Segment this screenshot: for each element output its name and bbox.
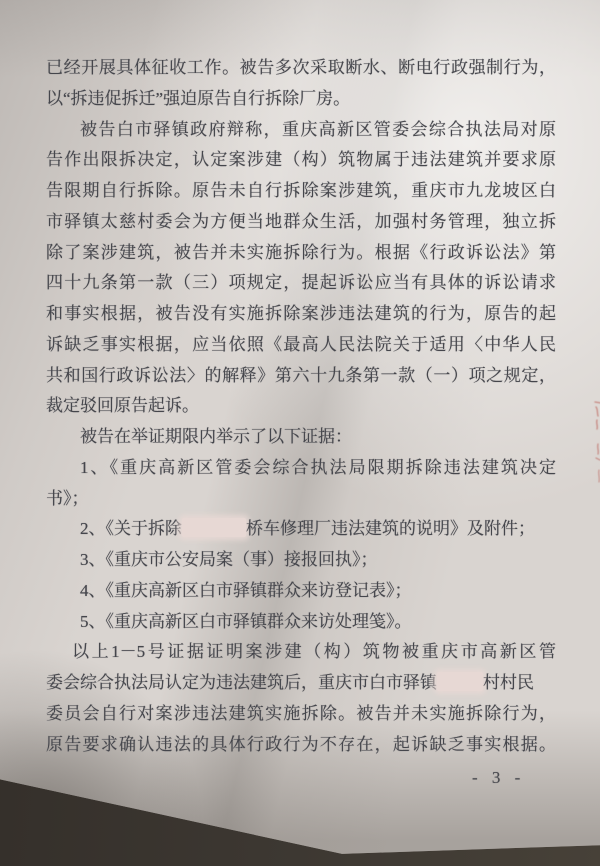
doc-line: 委员会自行对案涉违法建筑实施拆除。被告并未实施拆除行为， xyxy=(46,699,556,730)
red-ink-edge-mark xyxy=(586,400,600,490)
doc-line: 除了案涉建筑，被告并未实施拆除行为。根据《行政诉讼法》第 xyxy=(46,238,556,269)
doc-line: 四十九条第一款（三）项规定，提起诉讼应当有具体的诉讼请求 xyxy=(46,268,556,299)
document-photo: 已经开展具体征收工作。被告多次采取断水、断电行政强制行为， 以“拆违促拆迁”强迫… xyxy=(0,0,600,866)
doc-line-text: 村村民 xyxy=(483,673,534,692)
doc-line: 裁定驳回原告起诉。 xyxy=(46,391,556,422)
doc-line: 和事实根据，被告没有实施拆除案涉违法建筑的行为，原告的起 xyxy=(46,299,556,330)
doc-line: 原告要求确认违法的具体行政行为不存在，起诉缺乏事实根据。 xyxy=(46,730,556,761)
doc-line: 4、《重庆高新区白市驿镇群众来访登记表》； xyxy=(46,576,556,607)
doc-line: 告限期自行拆除。原告未自行拆除案涉建筑，重庆市九龙坡区白 xyxy=(46,176,556,207)
doc-line-text: 桥车修理厂违法建筑的说明》及附件； xyxy=(246,519,535,538)
redaction-blur xyxy=(182,518,246,537)
page-number: - 3 - xyxy=(472,763,525,793)
doc-line: 市驿镇太慈村委会为方便当地群众生活，加强村务管理，独立拆 xyxy=(46,207,556,238)
doc-line: 1、《重庆高新区管委会综合执法局限期拆除违法建筑决定 xyxy=(46,453,556,484)
doc-line: 5、《重庆高新区白市驿镇群众来访处理笺》。 xyxy=(46,607,556,638)
doc-line: 共和国行政诉讼法〉的解释》第六十九条第一款（一）项之规定， xyxy=(46,361,556,392)
document-body: 已经开展具体征收工作。被告多次采取断水、断电行政强制行为， 以“拆违促拆迁”强迫… xyxy=(46,53,556,760)
doc-line: 告作出限拆决定，认定案涉建（构）筑物属于违法建筑并要求原 xyxy=(46,145,556,176)
doc-line-redacted: 委会综合执法局认定为违法建筑后，重庆市白市驿镇村村民 xyxy=(46,668,556,699)
doc-line: 被告白市驿镇政府辩称，重庆高新区管委会综合执法局对原 xyxy=(46,115,556,146)
redaction-blur xyxy=(437,672,483,691)
doc-line: 已经开展具体征收工作。被告多次采取断水、断电行政强制行为， xyxy=(46,53,556,84)
doc-line: 以“拆违促拆迁”强迫原告自行拆除厂房。 xyxy=(46,84,556,115)
doc-line-text: 2、《关于拆除 xyxy=(80,519,182,538)
doc-line: 被告在举证期限内举示了以下证据： xyxy=(46,422,556,453)
doc-line: 诉缺乏事实根据，应当依照《最高人民法院关于适用〈中华人民 xyxy=(46,330,556,361)
doc-line: 以上1－5号证据证明案涉建（构）筑物被重庆市高新区管 xyxy=(46,637,556,668)
doc-line-redacted: 2、《关于拆除桥车修理厂违法建筑的说明》及附件； xyxy=(46,514,556,545)
doc-line-text: 委会综合执法局认定为违法建筑后，重庆市白市驿镇 xyxy=(46,673,437,692)
doc-line: 书》； xyxy=(46,484,556,515)
doc-line: 3、《重庆市公安局案（事）接报回执》； xyxy=(46,545,556,576)
